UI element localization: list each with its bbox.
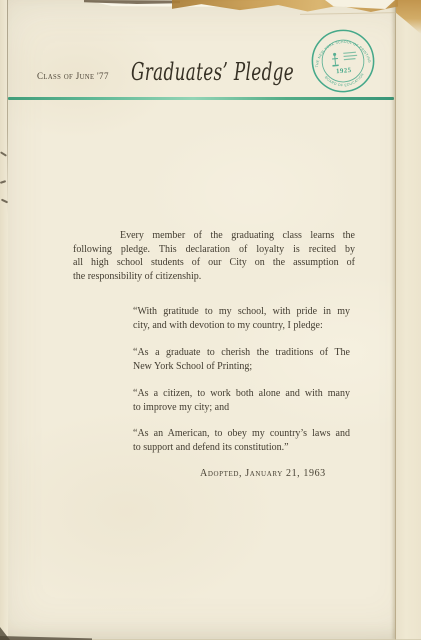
svg-text:THE NEW YORK SCHOOL OF PRINTIN: THE NEW YORK SCHOOL OF PRINTING (313, 38, 372, 68)
pledge-line: New York School of Printing; (133, 360, 350, 374)
pledge-line: “As an American, to obey my country’s la… (133, 427, 350, 441)
scanned-pledge-page: Class of June '77 Graduates’ Pledge THE … (0, 0, 421, 640)
pledge-block-graduate: “As a graduate to cherish the traditions… (133, 346, 350, 373)
torn-tape-notch (325, 0, 395, 9)
top-crease-line (300, 12, 396, 15)
page-title: Graduates’ Pledge (131, 58, 294, 86)
pledge-line: “As a graduate to cherish the traditions… (133, 346, 350, 360)
pledge-block-citizen: “As a citizen, to work both alone and wi… (133, 387, 350, 414)
left-edge-crease (7, 0, 8, 215)
seal-motto-lines (343, 52, 357, 61)
pledge-line: “As a citizen, to work both alone and wi… (133, 387, 350, 401)
pledge-line: city, and with devotion to my country, I… (133, 319, 350, 333)
school-seal: THE NEW YORK SCHOOL OF PRINTING BOARD OF… (306, 24, 380, 98)
underlying-page-edge (395, 0, 421, 640)
intro-line: Every member of the graduating class lea… (73, 229, 355, 243)
intro-line: following pledge. This declaration of lo… (73, 243, 355, 257)
pledge-block-gratitude: “With gratitude to my school, with pride… (133, 305, 350, 332)
bottom-edge-shadow (0, 636, 92, 640)
intro-line: all high school students of our City on … (73, 256, 355, 270)
seal-year: 1925 (336, 67, 352, 75)
seal-top-text: THE NEW YORK SCHOOL OF PRINTING (313, 38, 372, 68)
header-rule (8, 97, 394, 100)
pledge-line: to support and defend its constitution.” (133, 441, 350, 455)
pledge-line: “With gratitude to my school, with pride… (133, 305, 350, 319)
class-of-label: Class of June '77 (37, 72, 109, 82)
pledge-line: to improve my city; and (133, 401, 350, 415)
intro-line: the responsibility of citizenship. (73, 270, 355, 284)
seal-figure-icon (331, 53, 338, 67)
intro-paragraph: Every member of the graduating class lea… (73, 229, 355, 283)
top-edge-shadow (84, 0, 180, 4)
adoption-date-line: Adopted, January 21, 1963 (200, 468, 326, 479)
pledge-block-american: “As an American, to obey my country’s la… (133, 427, 350, 454)
